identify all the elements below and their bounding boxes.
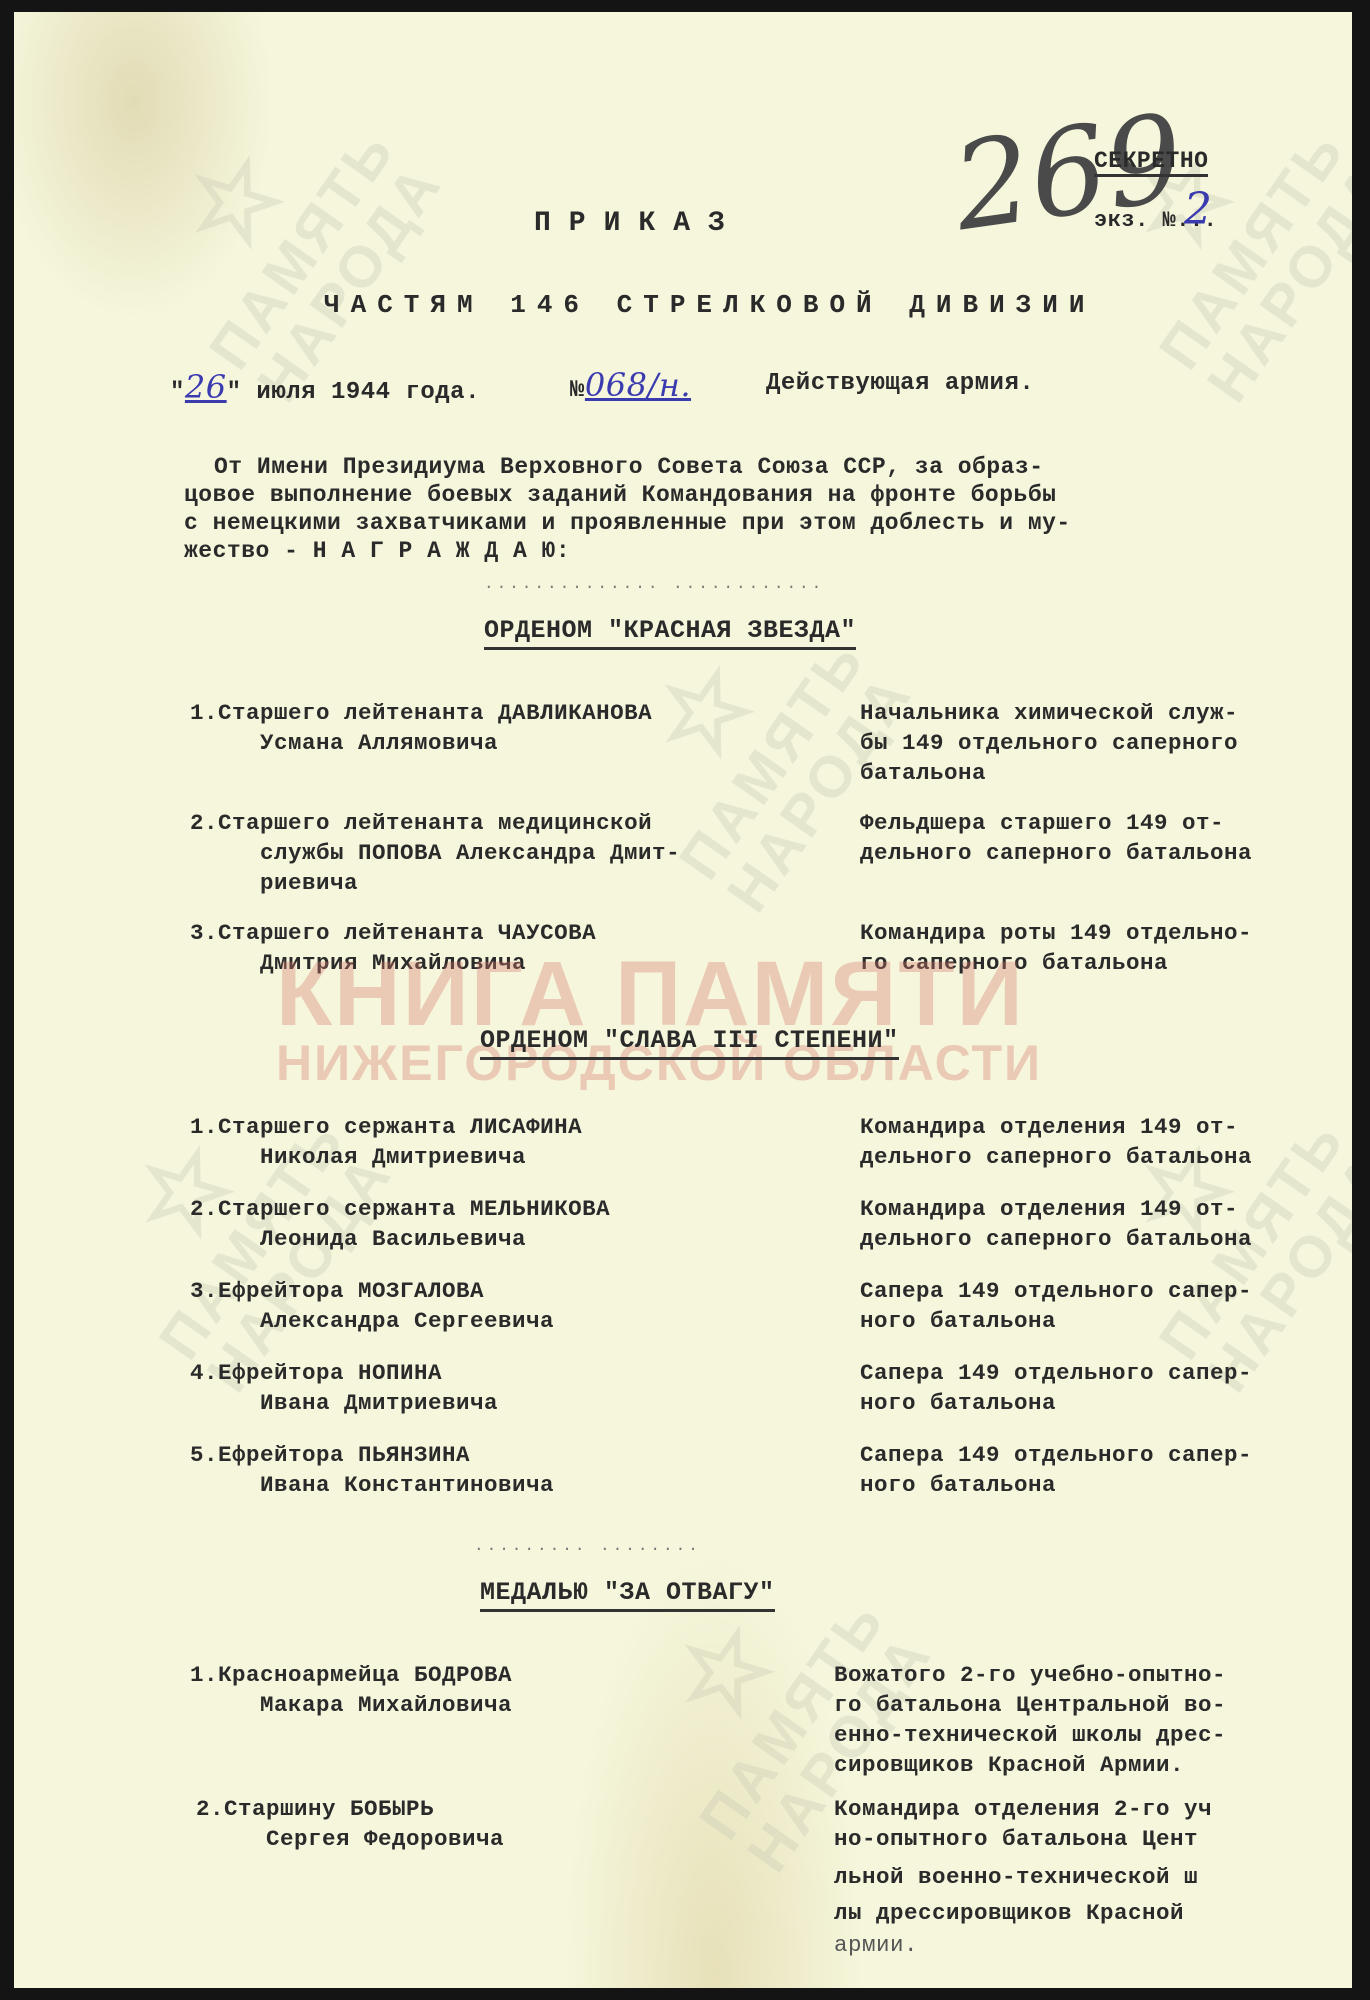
document-title: ПРИКАЗ (534, 208, 743, 239)
intro-line: жество - Н А Г Р А Ж Д А Ю: (184, 538, 570, 564)
date-rest: " июля 1944 года. (227, 379, 480, 406)
document-subtitle: ЧАСТЯМ 146 СТРЕЛКОВОЙ ДИВИЗИИ (324, 290, 1095, 320)
date-line: "26" июля 1944 года. (170, 368, 480, 406)
location: Действующая армия. (766, 370, 1034, 397)
divider: ········· ········ (474, 1540, 701, 1558)
section-heading: ОРДЕНОМ "СЛАВА III СТЕПЕНИ" (480, 1026, 899, 1060)
section-heading: МЕДАЛЬЮ "ЗА ОТВАГУ" (480, 1578, 775, 1612)
section-heading: ОРДЕНОМ "КРАСНАЯ ЗВЕЗДА" (484, 616, 856, 650)
watermark-stamp-top-left: ☆ ПАМЯТЬ НАРОДА (110, 58, 453, 413)
intro-line: От Имени Президиума Верховного Совета Со… (214, 454, 1044, 480)
intro-line: цовое выполнение боевых заданий Командов… (184, 482, 1056, 508)
date-day: 26 (185, 368, 227, 406)
order-number: №068/н. (570, 366, 691, 404)
divider: ·············· ············ (484, 578, 824, 596)
copy-number: 2 (1184, 184, 1212, 235)
order-number-handwritten: 068/н. (585, 366, 691, 404)
intro-line: с немецкими захватчиками и проявленные п… (184, 510, 1071, 536)
secrecy-label: СЕКРЕТНО (1094, 148, 1208, 177)
document-page: ☆ ПАМЯТЬ НАРОДА ☆ ПАМЯТЬ НАРОДА ☆ ПАМЯТЬ… (14, 12, 1352, 1988)
